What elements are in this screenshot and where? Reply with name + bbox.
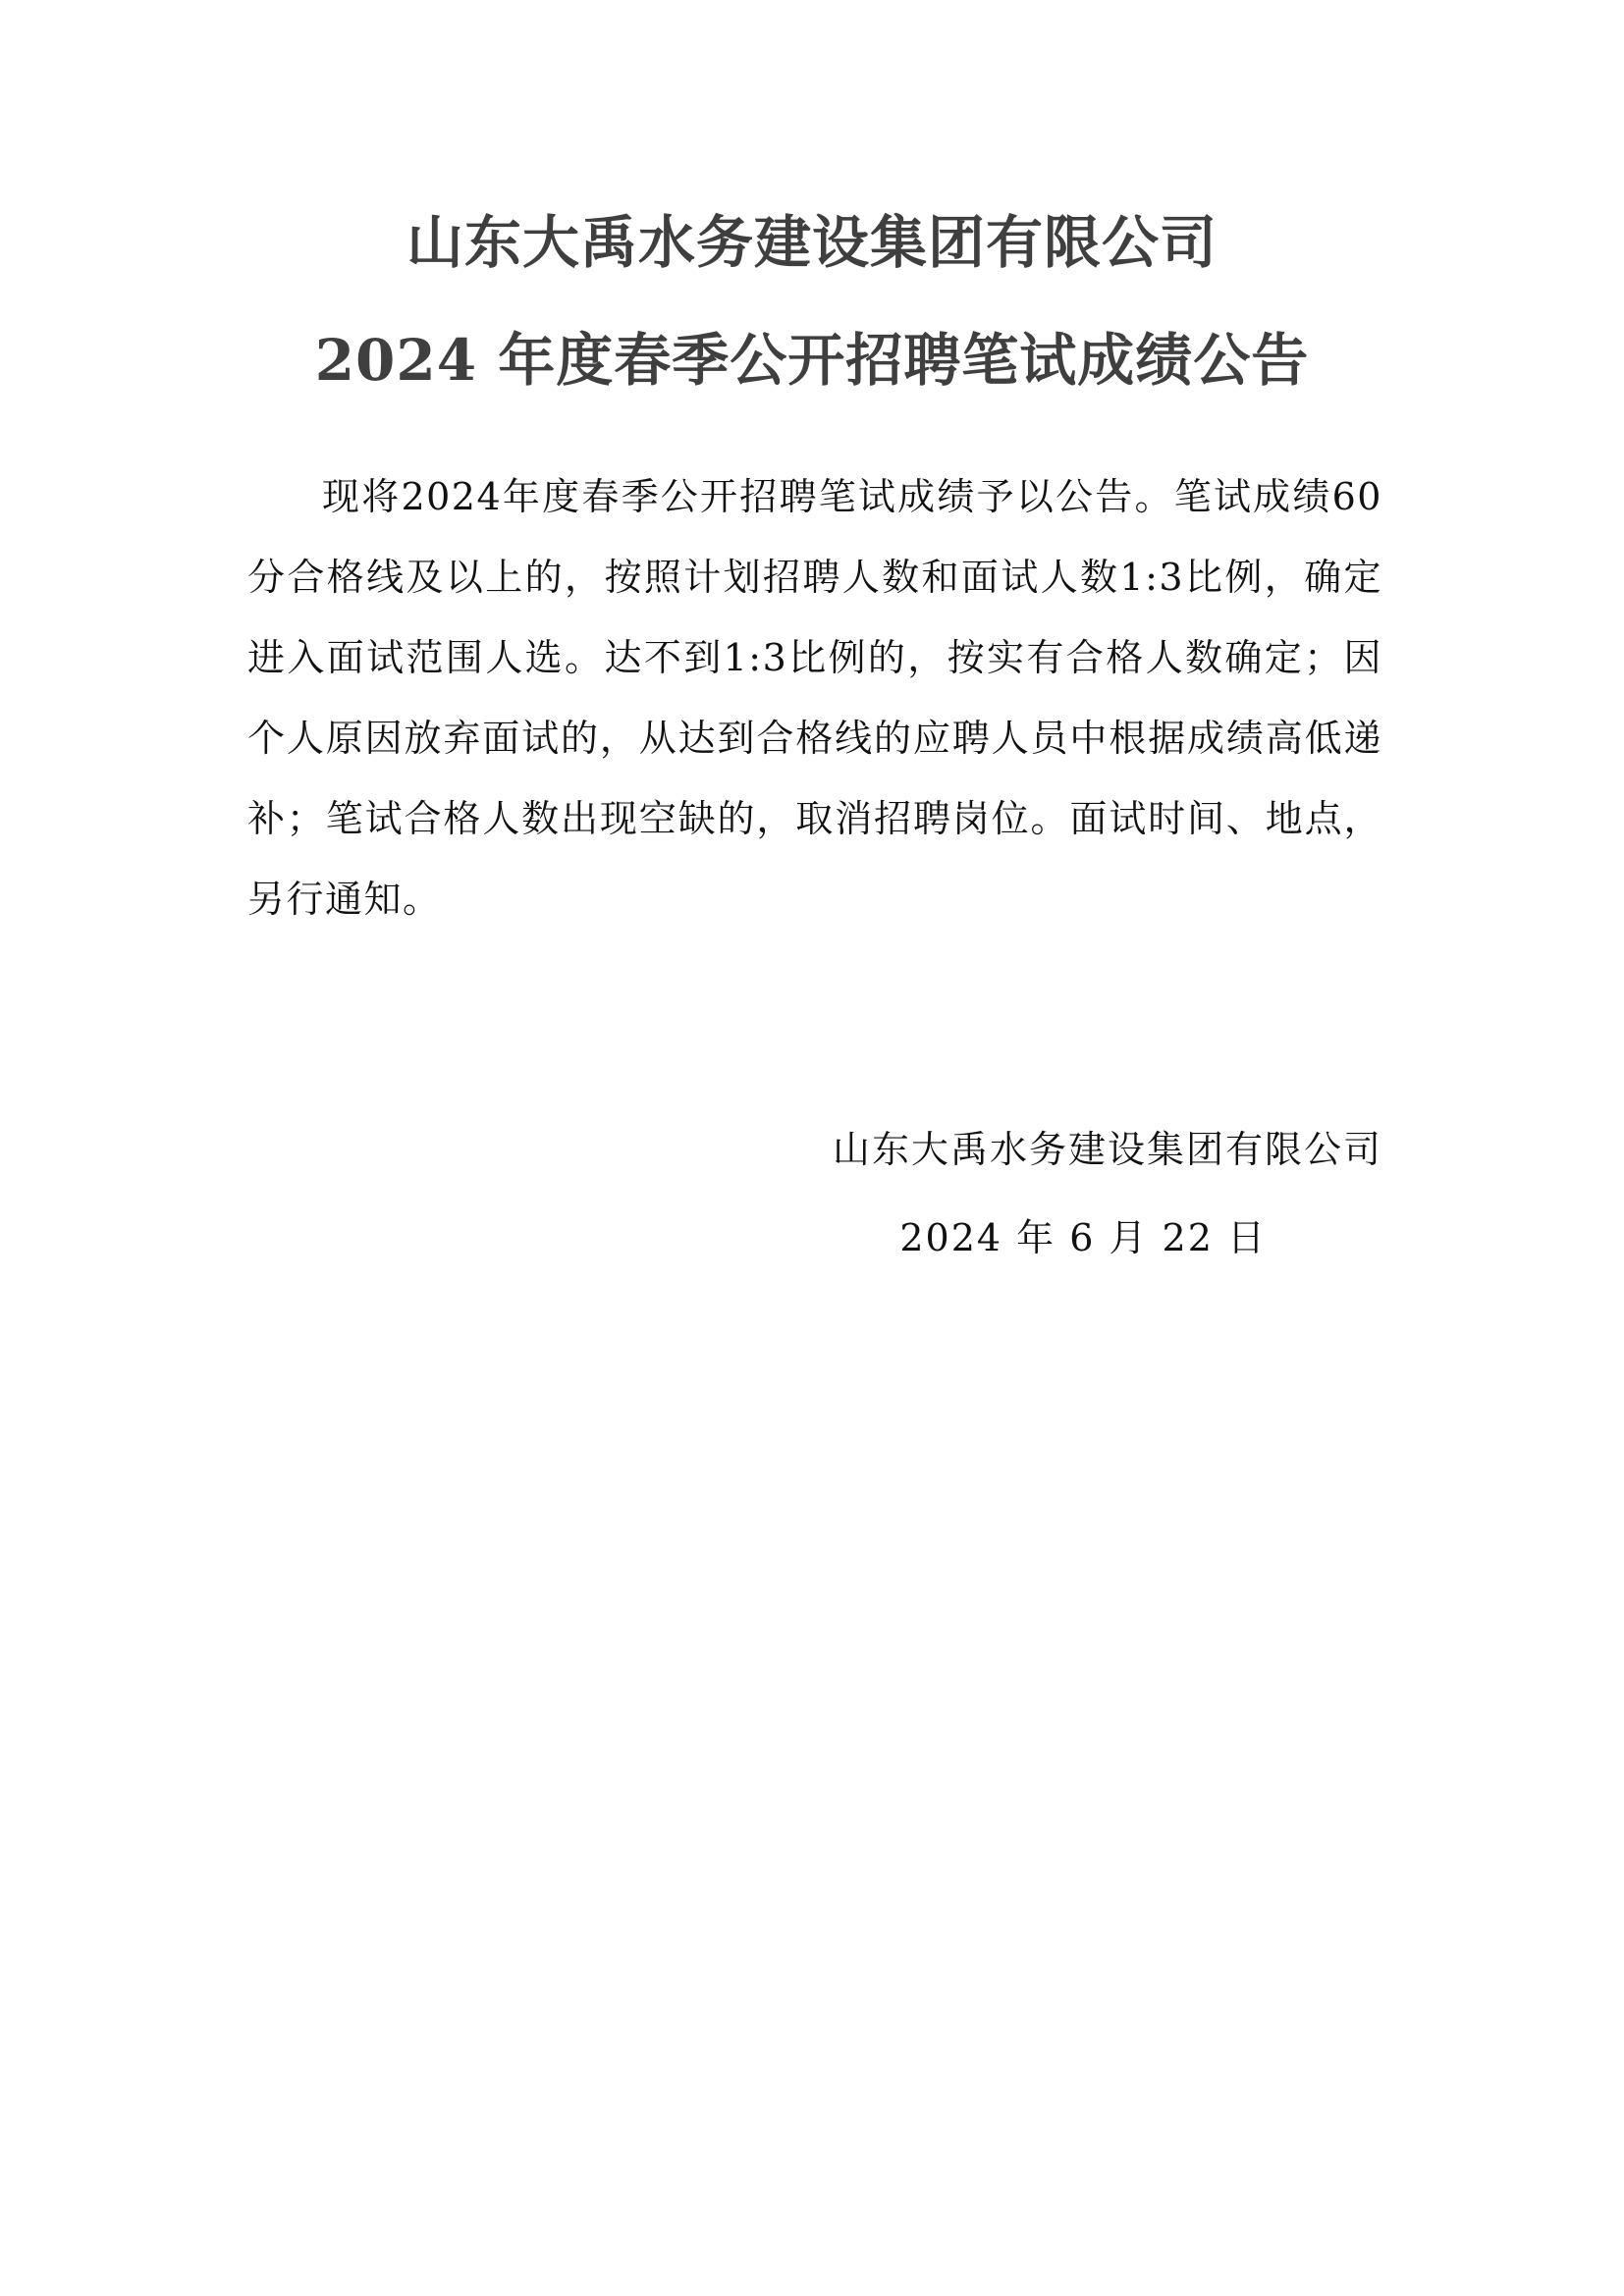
document-title-line-2: 2024 年度春季公开招聘笔试成绩公告 (0, 314, 1624, 397)
announcement-body-paragraph: 现将2024年度春季公开招聘笔试成绩予以公告。笔试成绩60分合格线及以上的，按照… (247, 456, 1382, 939)
signature-date: 2024 年 6 月 22 日 (899, 1207, 1267, 1261)
document-title-line-1: 山东大禹水务建设集团有限公司 (0, 196, 1624, 279)
document-page: 山东大禹水务建设集团有限公司 2024 年度春季公开招聘笔试成绩公告 现将202… (0, 0, 1624, 2296)
signature-organization: 山东大禹水务建设集团有限公司 (833, 1119, 1382, 1173)
